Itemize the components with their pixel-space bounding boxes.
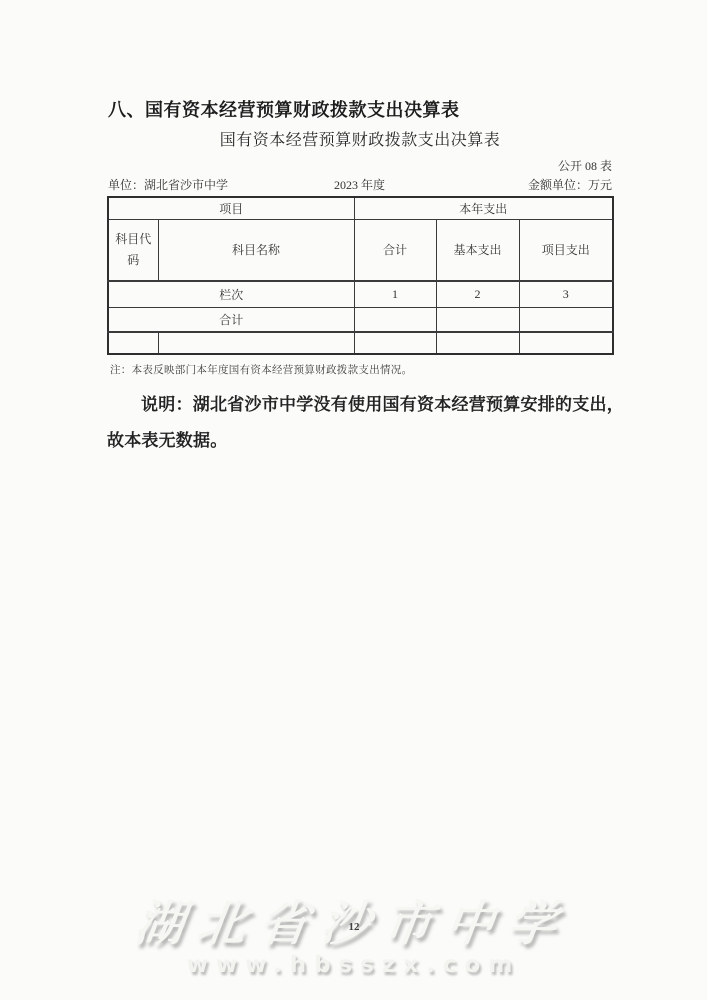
watermark-school-name: 湖北省沙市中学: [0, 885, 707, 954]
column-index-cell: 1: [354, 281, 436, 307]
watermark-website-url: www.hbsszx.com: [0, 952, 707, 978]
value-cell: [354, 307, 436, 332]
row-label-cell: 合计: [108, 307, 354, 332]
column-header-total: 合计: [354, 219, 436, 281]
table-column-header-row: 科目代码 科目名称 合计 基本支出 项目支出: [108, 219, 613, 281]
page-number: 12: [330, 921, 378, 933]
column-header-subject-name: 科目名称: [158, 219, 354, 281]
budget-table: 项目 本年支出 科目代码 科目名称 合计 基本支出 项目支出 栏次 1 2 3 …: [107, 196, 614, 355]
form-code-label: 公开 08 表: [412, 157, 612, 174]
value-cell: [519, 332, 613, 354]
value-cell: [158, 332, 354, 354]
document-page: 八、国有资本经营预算财政拨款支出决算表 国有资本经营预算财政拨款支出决算表 公开…: [0, 0, 707, 1000]
table-row-total: 合计: [108, 307, 613, 332]
row-label-cell: 栏次: [108, 281, 354, 307]
table-group-header-row: 项目 本年支出: [108, 197, 613, 219]
column-index-cell: 3: [519, 281, 613, 307]
value-cell: [108, 332, 158, 354]
column-index-cell: 2: [436, 281, 519, 307]
group-header-item: 项目: [108, 197, 354, 219]
value-cell: [436, 332, 519, 354]
group-header-year-expense: 本年支出: [354, 197, 613, 219]
table-row-column-index: 栏次 1 2 3: [108, 281, 613, 307]
table-meta-row: 单位：湖北省沙市中学 2023 年度 金额单位：万元: [107, 176, 612, 192]
table-row-empty: [108, 332, 613, 354]
value-cell: [519, 307, 613, 332]
explanation-paragraph: 说明：湖北省沙市中学没有使用国有资本经营预算安排的支出，故本表无数据。: [107, 387, 624, 459]
section-heading: 八、国有资本经营预算财政拨款支出决算表: [108, 96, 460, 122]
amount-unit-label: 金额单位：万元: [528, 176, 612, 193]
column-header-subject-code: 科目代码: [108, 219, 158, 281]
table-title: 国有资本经营预算财政拨款支出决算表: [100, 127, 620, 150]
column-header-project-expense: 项目支出: [519, 219, 613, 281]
value-cell: [354, 332, 436, 354]
table-footnote: 注：本表反映部门本年度国有资本经营预算财政拨款支出情况。: [110, 362, 412, 377]
column-header-basic-expense: 基本支出: [436, 219, 519, 281]
value-cell: [436, 307, 519, 332]
